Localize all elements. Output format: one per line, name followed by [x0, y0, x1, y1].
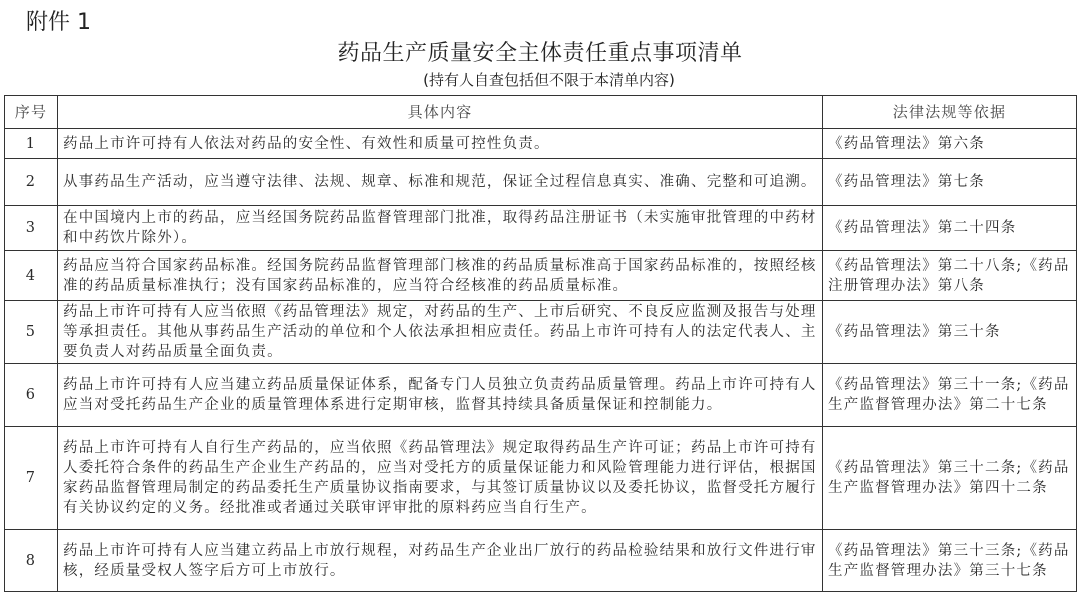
header-serial-number: 序号 [5, 96, 58, 129]
row-content: 药品上市许可持有人应当建立药品上市放行规程，对药品生产企业出厂放行的药品检验结果… [58, 530, 823, 592]
row-number: 7 [5, 427, 58, 530]
attachment-label: 附件 1 [26, 5, 91, 36]
row-content: 从事药品生产活动，应当遵守法律、法规、规章、标准和规范，保证全过程信息真实、准确… [58, 159, 823, 206]
row-content: 药品应当符合国家药品标准。经国务院药品监督管理部门核准的药品质量标准高于国家药品… [58, 251, 823, 301]
table-row: 2 从事药品生产活动，应当遵守法律、法规、规章、标准和规范，保证全过程信息真实、… [5, 159, 1077, 206]
row-content: 药品上市许可持有人自行生产药品的，应当依照《药品管理法》规定取得药品生产许可证；… [58, 427, 823, 530]
document-subtitle: (持有人自查包括但不限于本清单内容) [0, 69, 1080, 90]
row-legal-basis: 《药品管理法》第二十四条 [823, 206, 1077, 251]
row-number: 1 [5, 129, 58, 159]
row-number: 4 [5, 251, 58, 301]
row-legal-basis: 《药品管理法》第三十二条;《药品生产监督管理办法》第四十二条 [823, 427, 1077, 530]
table-header-row: 序号 具体内容 法律法规等依据 [5, 96, 1077, 129]
responsibility-table: 序号 具体内容 法律法规等依据 1 药品上市许可持有人依法对药品的安全性、有效性… [4, 95, 1077, 592]
row-number: 8 [5, 530, 58, 592]
table-row: 6 药品上市许可持有人应当建立药品质量保证体系，配备专门人员独立负责药品质量管理… [5, 364, 1077, 427]
row-number: 3 [5, 206, 58, 251]
table-row: 8 药品上市许可持有人应当建立药品上市放行规程，对药品生产企业出厂放行的药品检验… [5, 530, 1077, 592]
table-row: 4 药品应当符合国家药品标准。经国务院药品监督管理部门核准的药品质量标准高于国家… [5, 251, 1077, 301]
document-title: 药品生产质量安全主体责任重点事项清单 [0, 36, 1080, 67]
table-row: 1 药品上市许可持有人依法对药品的安全性、有效性和质量可控性负责。 《药品管理法… [5, 129, 1077, 159]
row-legal-basis: 《药品管理法》第六条 [823, 129, 1077, 159]
row-content: 在中国境内上市的药品，应当经国务院药品监督管理部门批准，取得药品注册证书（未实施… [58, 206, 823, 251]
row-legal-basis: 《药品管理法》第三十条 [823, 301, 1077, 364]
row-content: 药品上市许可持有人应当依照《药品管理法》规定，对药品的生产、上市后研究、不良反应… [58, 301, 823, 364]
row-legal-basis: 《药品管理法》第七条 [823, 159, 1077, 206]
header-content: 具体内容 [58, 96, 823, 129]
header-legal-basis: 法律法规等依据 [823, 96, 1077, 129]
row-content: 药品上市许可持有人应当建立药品质量保证体系，配备专门人员独立负责药品质量管理。药… [58, 364, 823, 427]
table-row: 5 药品上市许可持有人应当依照《药品管理法》规定，对药品的生产、上市后研究、不良… [5, 301, 1077, 364]
table-row: 3 在中国境内上市的药品，应当经国务院药品监督管理部门批准，取得药品注册证书（未… [5, 206, 1077, 251]
row-number: 6 [5, 364, 58, 427]
row-legal-basis: 《药品管理法》第三十三条;《药品生产监督管理办法》第三十七条 [823, 530, 1077, 592]
table-row: 7 药品上市许可持有人自行生产药品的，应当依照《药品管理法》规定取得药品生产许可… [5, 427, 1077, 530]
row-legal-basis: 《药品管理法》第三十一条;《药品生产监督管理办法》第二十七条 [823, 364, 1077, 427]
row-legal-basis: 《药品管理法》第二十八条;《药品注册管理办法》第八条 [823, 251, 1077, 301]
row-number: 5 [5, 301, 58, 364]
row-number: 2 [5, 159, 58, 206]
row-content: 药品上市许可持有人依法对药品的安全性、有效性和质量可控性负责。 [58, 129, 823, 159]
